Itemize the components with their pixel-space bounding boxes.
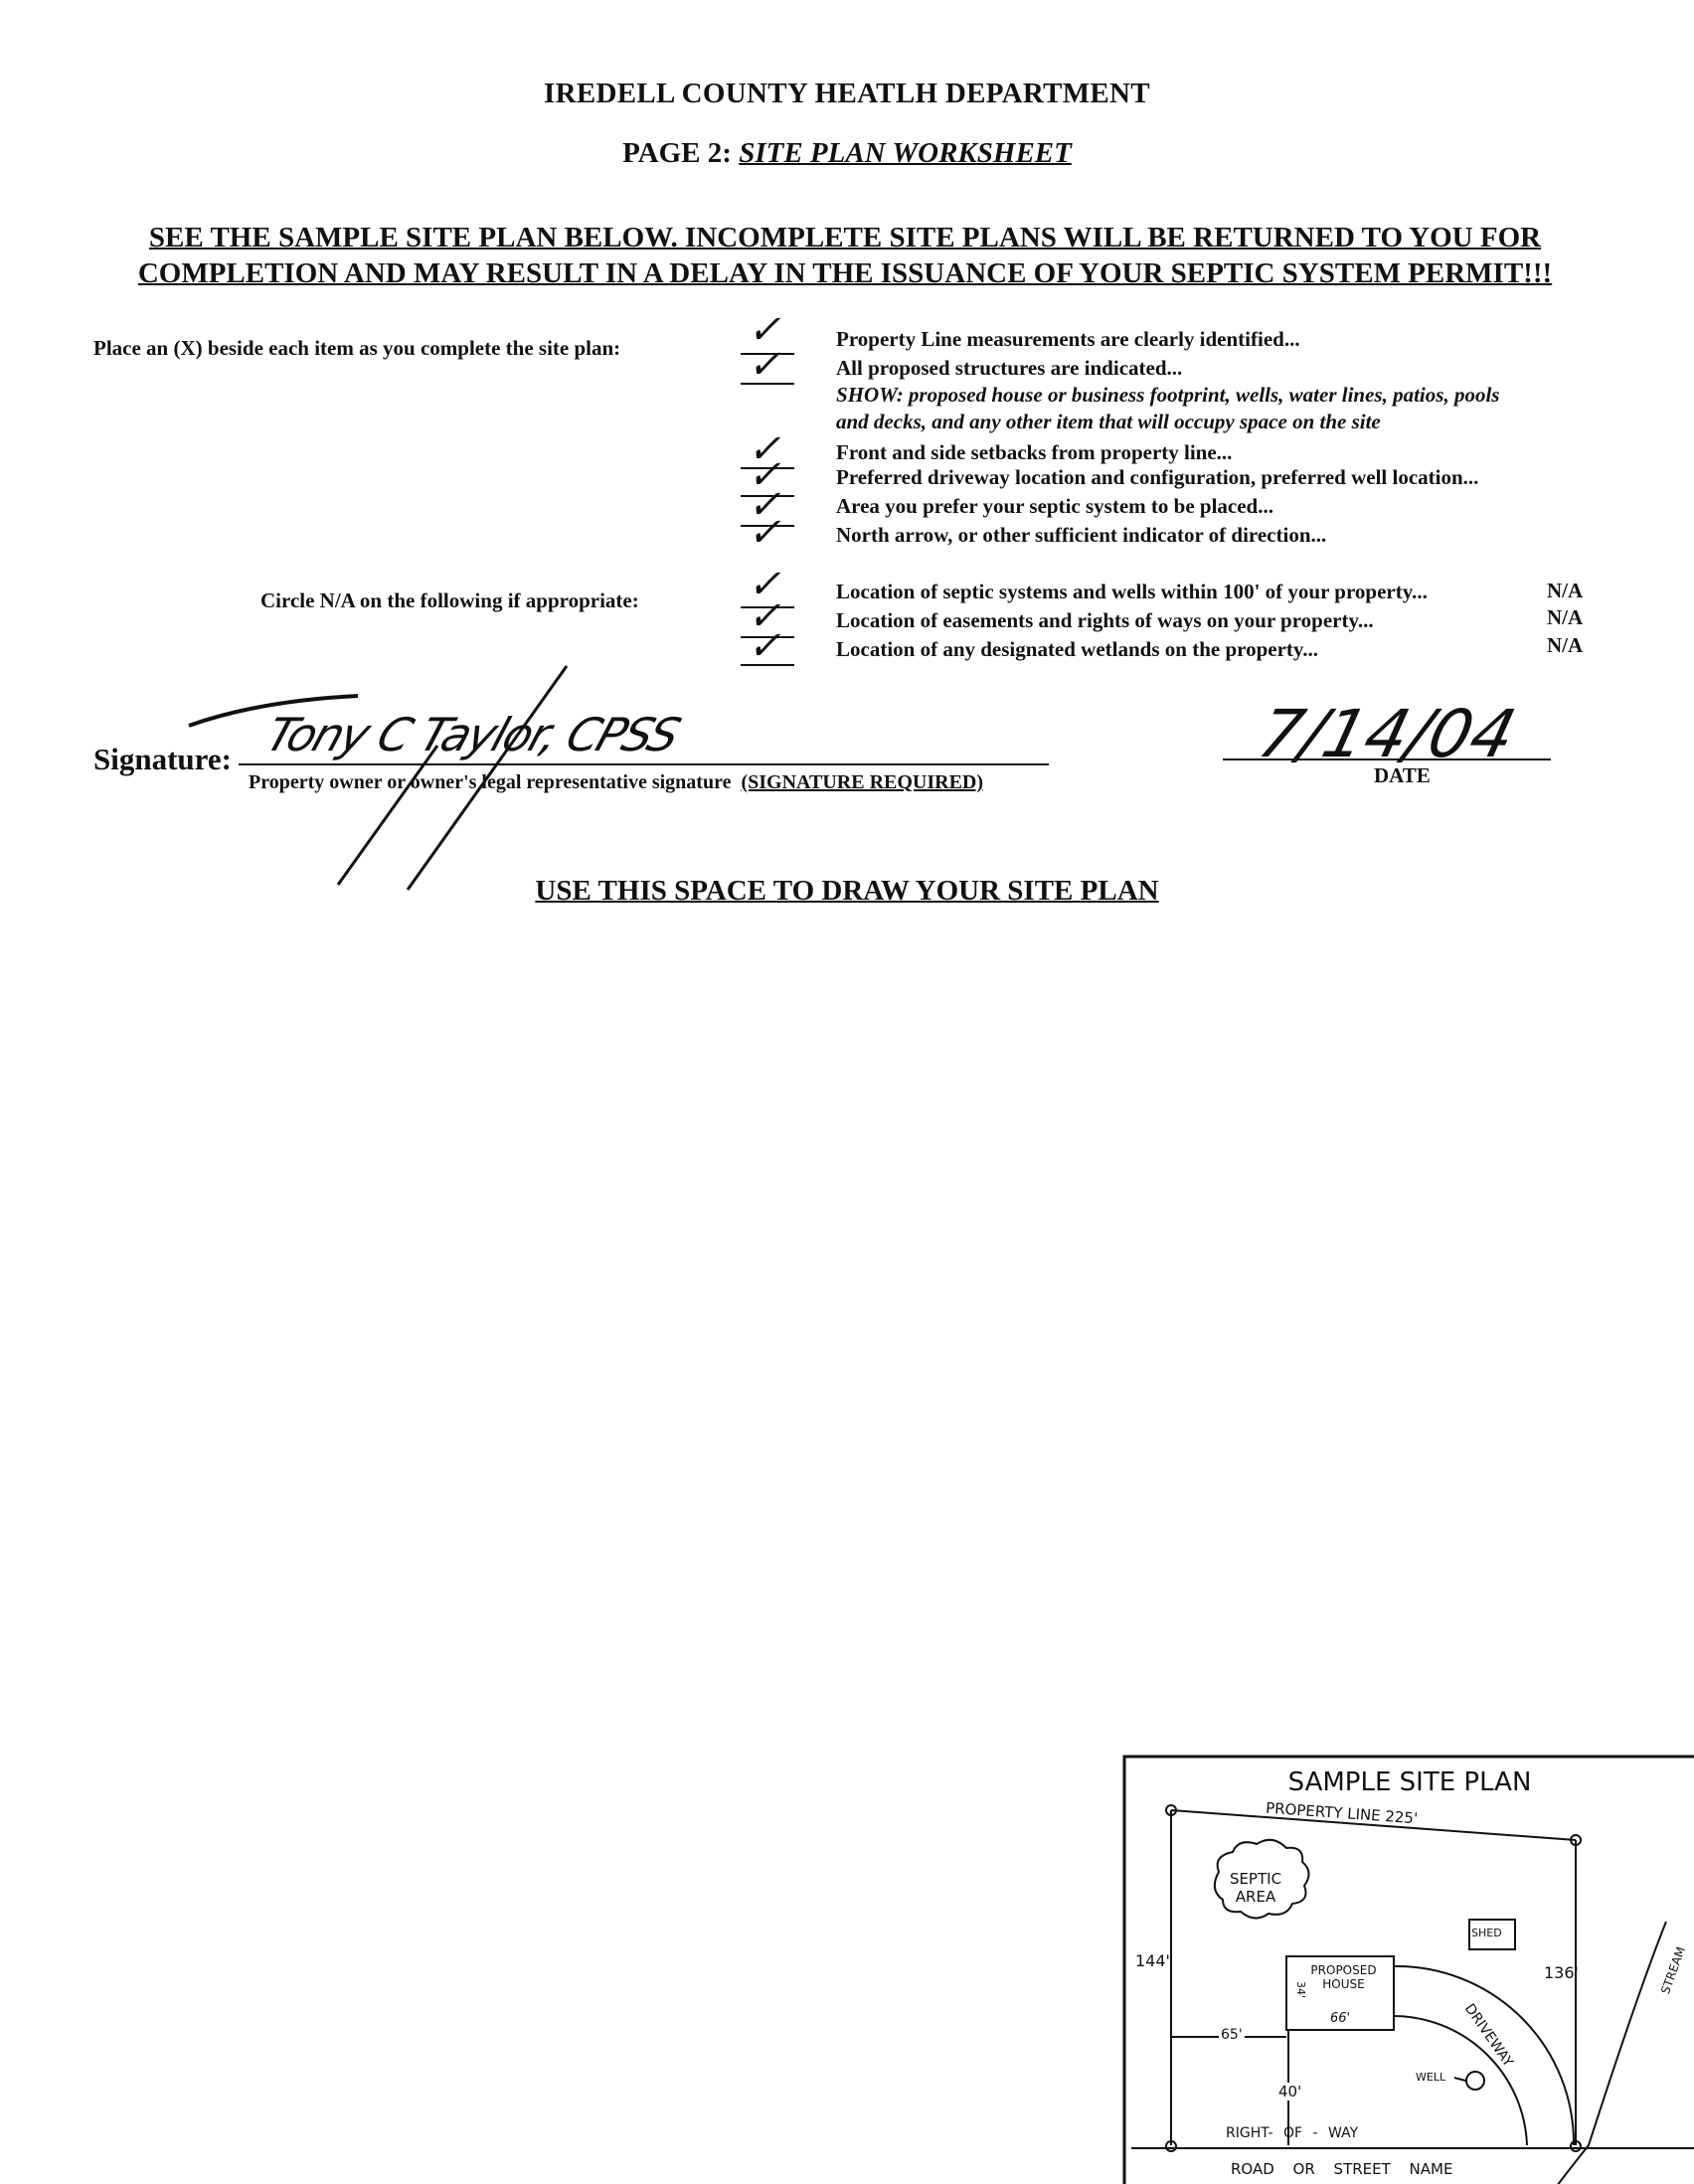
page-subtitle: PAGE 2: SITE PLAN WORKSHEET [0, 137, 1694, 170]
right-side-dimension: 136' [1544, 1963, 1579, 1982]
check-mark-icon: ✓ [748, 345, 781, 385]
document-title: IREDELL COUNTY HEATLH DEPARTMENT [0, 78, 1694, 110]
sample-plan-title: SAMPLE SITE PLAN [1121, 1767, 1694, 1797]
date-label: DATE [1374, 763, 1431, 788]
road-name-label: ROAD OR STREET NAME [1231, 2160, 1452, 2178]
page-title: SITE PLAN WORKSHEET [739, 137, 1072, 169]
shed-label: SHED [1471, 1927, 1502, 1939]
front-setback-label: 40' [1278, 2083, 1301, 2100]
warning-line-2: COMPLETION AND MAY RESULT IN A DELAY IN … [99, 256, 1591, 290]
septic-area-label: SEPTIC AREA [1221, 1870, 1290, 1906]
checklist-note: SHOW: proposed house or business footpri… [836, 383, 1499, 408]
check-mark-icon: ✓ [748, 513, 781, 553]
na-item: Location of any designated wetlands on t… [836, 637, 1318, 662]
side-setback-label: 65' [1219, 2027, 1245, 2043]
date-handwriting: 7/14/04 [1251, 696, 1523, 772]
signature-caption-text: Property owner or owner's legal represen… [249, 771, 731, 793]
draw-site-plan-heading: USE THIS SPACE TO DRAW YOUR SITE PLAN [0, 875, 1694, 908]
checklist-item: Property Line measurements are clearly i… [836, 327, 1300, 352]
na-item: Location of septic systems and wells wit… [836, 580, 1428, 604]
checklist-item: Front and side setbacks from property li… [836, 440, 1232, 465]
checklist-note: and decks, and any other item that will … [836, 410, 1381, 434]
checklist-item: North arrow, or other sufficient indicat… [836, 523, 1326, 548]
na-option[interactable]: N/A [1547, 605, 1583, 630]
left-side-dimension: 144' [1135, 1951, 1170, 1970]
house-label: PROPOSED HOUSE [1296, 1963, 1391, 1991]
checklist-instruction: Place an (X) beside each item as you com… [93, 336, 620, 361]
right-of-way-label: RIGHT- OF - WAY [1226, 2125, 1358, 2141]
checklist-item: All proposed structures are indicated... [836, 356, 1182, 381]
checklist-item: Area you prefer your septic system to be… [836, 494, 1273, 519]
na-option[interactable]: N/A [1547, 579, 1583, 603]
checklist-item: Preferred driveway location and configur… [836, 465, 1478, 490]
na-item: Location of easements and rights of ways… [836, 608, 1374, 633]
page-label: PAGE 2: [622, 137, 732, 169]
warning-line-1: SEE THE SAMPLE SITE PLAN BELOW. INCOMPLE… [99, 221, 1591, 254]
house-depth-label: 34' [1294, 1981, 1307, 1998]
na-instruction: Circle N/A on the following if appropria… [260, 588, 639, 613]
well-label: WELL [1416, 2071, 1445, 2084]
house-width-label: 66' [1330, 2011, 1350, 2026]
sample-site-plan: SAMPLE SITE PLAN PROPERTY LINE 225' SEPT… [1121, 1753, 1694, 2184]
signature-required: (SIGNATURE REQUIRED) [741, 771, 983, 793]
signature-caption: Property owner or owner's legal represen… [249, 771, 983, 794]
na-option[interactable]: N/A [1547, 633, 1583, 658]
